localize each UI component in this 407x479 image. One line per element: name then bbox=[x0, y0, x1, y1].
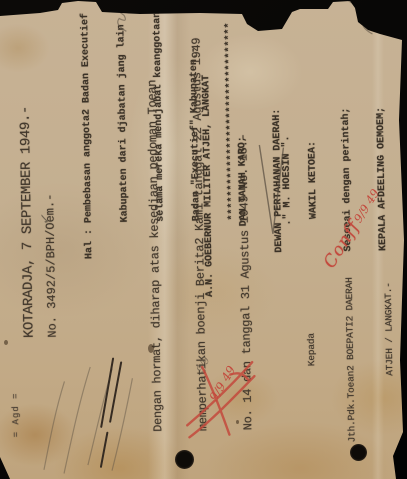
signature-line: KEPALA AFDEELING OEMOEM; bbox=[375, 64, 391, 294]
punch-hole-right bbox=[350, 444, 367, 461]
date-line: KOTARADJA, 7 SEPTEMBER 1949.- bbox=[18, 106, 38, 338]
pencil-scribbles bbox=[19, 322, 144, 476]
subject-line: Hal : Pembebasan anggota2 Badan Executie… bbox=[80, 13, 96, 259]
ink-speck bbox=[4, 340, 8, 345]
pencil-vee-mark bbox=[253, 143, 290, 239]
addressee-line: Kepada bbox=[304, 278, 320, 443]
paper-document: KOTARADJA, 7 SEPTEMBER 1949.- No. 3492/5… bbox=[0, 0, 407, 479]
signature-line: A.N. GOEBERNUR MILITER ATJEH, LANGKAT bbox=[201, 67, 217, 297]
red-paraph-signature bbox=[184, 350, 261, 451]
ink-speck bbox=[236, 420, 239, 424]
punch-hole-left bbox=[175, 450, 194, 469]
body-line: Dengan hormat, diharap atas kesediaan pe… bbox=[144, 38, 166, 432]
ink-speck bbox=[148, 344, 154, 353]
addressee-line: ATJEH / LANGKAT.- bbox=[382, 277, 398, 442]
addressee-block: Kepada Jth.Pdk.Toean2 BOEPATI2 DAERAH AT… bbox=[278, 276, 407, 444]
handwritten-squiggle bbox=[344, 0, 379, 39]
signature-line: DAN TANAH KARO; bbox=[236, 66, 252, 296]
rotated-letter-content: KOTARADJA, 7 SEPTEMBER 1949.- No. 3492/5… bbox=[0, 0, 407, 479]
addressee-line: Jth.Pdk.Toean2 BOEPATI2 DAERAH bbox=[343, 277, 359, 442]
pencil-check-mark: ✓ bbox=[37, 212, 55, 227]
handwritten-squiggle-2 bbox=[104, 0, 133, 34]
scanned-document-stage: KOTARADJA, 7 SEPTEMBER 1949.- No. 3492/5… bbox=[0, 0, 407, 479]
